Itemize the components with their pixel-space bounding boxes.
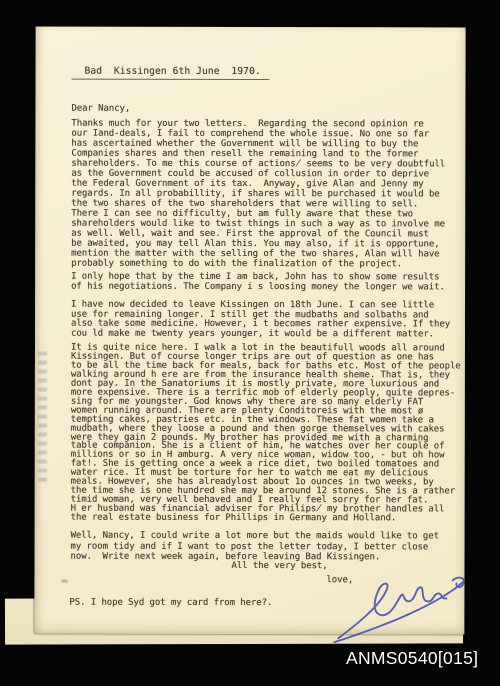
signature-main-stroke <box>338 583 446 638</box>
paragraph-4: It is quite nice here. I walk a lot in t… <box>71 344 461 524</box>
salutation: Dear Nancy, <box>71 104 130 114</box>
closing-line: All the very best, <box>231 561 327 571</box>
ink-speck <box>61 580 67 583</box>
paragraph-2: I only hope that by the time I am back, … <box>71 272 445 293</box>
paragraph-closing: Well, Nancy, I could write a lot more bu… <box>71 531 439 564</box>
catalog-number-label: ANMS0540[015] <box>346 648 478 669</box>
handwritten-signature-ink <box>328 570 474 648</box>
letter-paper: Bad Kissingen 6th June 1970. Dear Nancy,… <box>34 27 465 635</box>
faint-edge-stamp <box>38 352 47 482</box>
paragraph-3: I have now decided to leave Kissingen on… <box>71 301 450 341</box>
signature-underline-sweep <box>334 582 462 642</box>
postscript: PS. I hope Syd got my card from here?. <box>69 598 272 608</box>
dateline: Bad Kissingen 6th June 1970. <box>72 66 270 80</box>
scanned-letter-page: Bad Kissingen 6th June 1970. Dear Nancy,… <box>0 0 500 686</box>
paragraph-1: Thanks much for your two letters. Regard… <box>71 119 445 270</box>
